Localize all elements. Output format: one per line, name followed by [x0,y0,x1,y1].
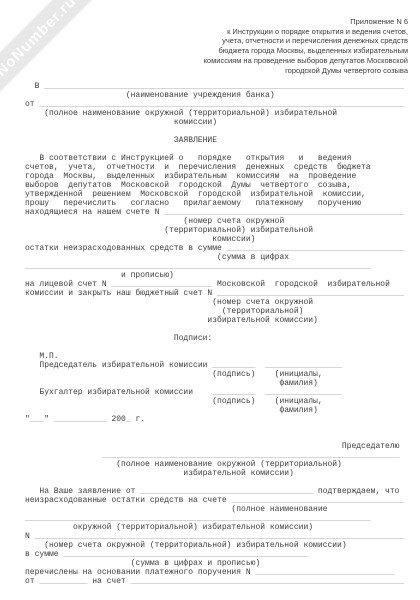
document-line: "___" ___________ 200_ г. [25,415,404,424]
blank-field-line: ____________________________________ [140,487,313,496]
blank-field-line: ________________________________________… [39,100,404,109]
document-line: На Ваше заявление от ___________________… [25,487,404,496]
document-line: ЗАЯВЛЕНИЕ [25,136,404,145]
document-line: окружной (территориальной) избирательной… [25,523,404,532]
document-line: избирательной комиссии) [25,316,404,325]
document-line: (сумма в цифрах и прописью) [25,559,404,568]
document-line [25,478,404,487]
document-line: М.П. [25,352,404,361]
document-line: (подпись) (инициалы, [25,397,404,406]
blank-field-line: _____________________________ [255,568,394,577]
header-line: комиссиям на проведение выборов депутато… [204,56,408,66]
document-line: (территориальной) избирательной [25,226,404,235]
document-page: NoNumber.ru Приложение N 6к Инструкции о… [0,0,420,600]
document-line: Бухгалтер избирательной комиссии _______… [25,388,404,397]
document-line: (номер счета окружной [25,298,404,307]
document-body: В ______________________________________… [25,82,404,586]
document-line: в сумме ________________________________… [25,550,404,559]
document-line: остатки неизрасходованных средств в сумм… [25,244,404,253]
header-line: бюджета города Москвы, выделенных избира… [204,46,408,56]
header-line: городской Думы четвертого созыва [204,66,408,76]
blank-field-line: ________________________________________… [25,262,371,271]
document-line: на лицевой счет N _____________________ … [25,280,404,289]
blank-field-line: ________________________________________… [44,82,404,91]
document-line: утвержденной решением Московской городск… [25,190,404,199]
document-line: фамилия) [25,406,404,415]
blank-field-line: ________________________________________… [25,514,371,523]
document-line: (сумма в цифрах [25,253,404,262]
document-line [25,433,404,442]
header-line: Приложение N 6 [204,17,408,27]
document-line [25,325,404,334]
document-line: комиссии) [25,118,404,127]
document-line: ________________________________________… [25,514,404,523]
watermark-text: NoNumber.ru [0,0,79,79]
blank-field-line: ________________________________________… [131,577,405,586]
blank-field-line: _________ [212,388,255,397]
document-line [25,145,404,154]
document-line: (наименование учреждения банка) [25,91,404,100]
document-line: (полное наименование окружной (территори… [25,460,404,469]
document-line: В ______________________________________… [25,82,404,91]
document-line: ________________________________________… [25,262,404,271]
document-line: В соответствии с Инструкцией о порядке о… [25,154,404,163]
blank-field-line: _ [126,415,131,424]
document-line: избирательной комиссии) [25,469,404,478]
blank-field-line: _______________________________________ [217,289,404,298]
blank-field-line: ________________ [265,388,342,397]
blank-field-line: ____________________________________ [231,496,404,505]
document-line: (номер счета окружной (территориальной) … [25,541,404,550]
document-line: Председателю [25,442,404,451]
document-line: города Москвы, выделенных избирательным … [25,172,404,181]
document-line: перечислены на основании платежного пору… [25,568,404,577]
document-line: ________________________________________… [25,451,404,460]
blank-field-line: ________________________________________… [35,532,405,541]
blank-field-line: ________________________________________… [102,451,400,460]
document-line: и прописью) [25,271,404,280]
blank-field-line: _____________________ [111,280,212,289]
document-line: (полное наименование окружной (территори… [25,109,404,118]
blank-field-line: ___ [30,415,44,424]
document-line: комиссии и закрыть наш бюджетный счет N … [25,289,404,298]
blank-field-line: __________ [39,577,87,586]
blank-field-line: ________________________________________… [63,550,308,559]
document-line: находящиеся на нашем счете N ___________… [25,208,404,217]
header-line: учета, отчетности и перечисления денежны… [204,36,408,46]
blank-field-line: ________________ [265,361,342,370]
document-line [25,424,404,433]
document-line: от __________ на счет __________________… [25,577,404,586]
document-line: Председатель избирательной комиссии ____… [25,361,404,370]
document-line: фамилия) [25,379,404,388]
document-line: прошу перечислить согласно прилагаемому … [25,199,404,208]
document-line: неизрасходованные остатки средств на сче… [25,496,404,505]
document-line: комиссии) [25,235,404,244]
document-header: Приложение N 6к Инструкции о порядке отк… [204,17,408,75]
blank-field-line: ________________________________________… [164,208,404,217]
blank-field-line: _____________________________________ [227,244,405,253]
document-line [25,343,404,352]
document-line: (территориальной) [25,307,404,316]
document-line: Подписи: [25,334,404,343]
header-line: к Инструкции о порядке открытия и ведени… [204,27,408,37]
blank-field-line: _________ [212,361,255,370]
document-line: от _____________________________________… [25,100,404,109]
document-line [25,127,404,136]
document-line: (полное наименование [25,505,404,514]
document-line: счетов, учета, отчетности и перечисления… [25,163,404,172]
document-line: N ______________________________________… [25,532,404,541]
blank-field-line: ___________ [54,415,107,424]
document-line: (номер счета окружной [25,217,404,226]
document-line: выборов депутатов Московской городской Д… [25,181,404,190]
document-line: (подпись) (инициалы, [25,370,404,379]
